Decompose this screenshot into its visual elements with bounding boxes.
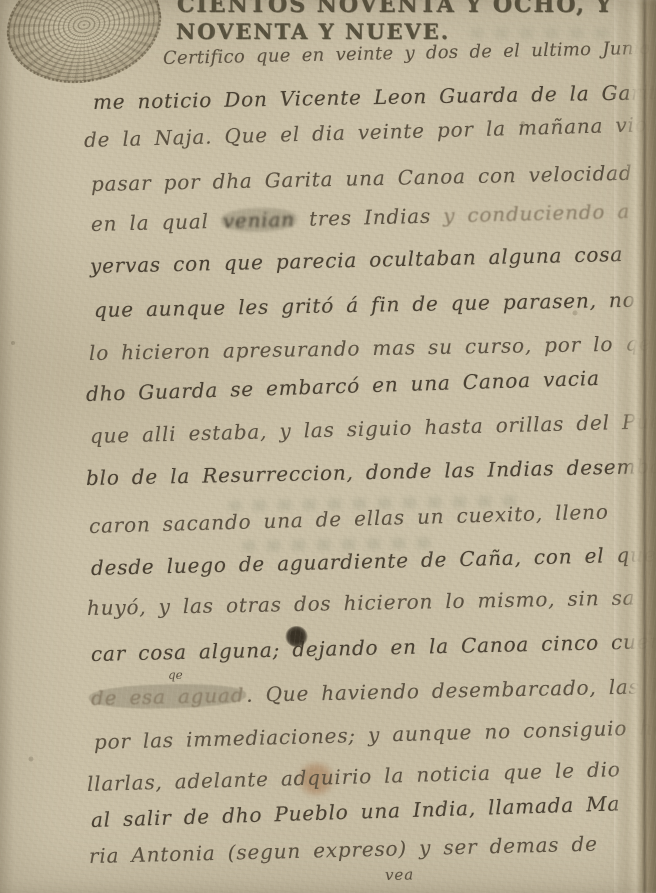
faint-phrase: y conduciendo a xyxy=(443,199,630,228)
manuscript-line: de la Naja. Que el dia veinte por la mañ… xyxy=(84,112,648,152)
manuscript-line: al salir de dho Pueblo una India, llamad… xyxy=(91,791,621,832)
interlinear-insertion: qe xyxy=(168,668,183,682)
manuscript-line: huyó, y las otras dos hicieron lo mismo,… xyxy=(87,585,636,620)
line-segment: en la qual xyxy=(91,209,221,236)
printed-header-line-2: NOVENTA Y NUEVE. xyxy=(176,19,450,44)
ink-showthrough xyxy=(470,28,620,39)
catchword: vea xyxy=(385,865,415,884)
manuscript-line: blo de la Resurreccion, donde las Indias… xyxy=(86,454,656,490)
manuscript-line: por las immediaciones; y aunque no consi… xyxy=(94,715,656,754)
manuscript-page: CIENTOS NOVENTA Y OCHO, Y NOVENTA Y NUEV… xyxy=(0,0,656,893)
manuscript-line: que aunque les gritó á fin de que parase… xyxy=(94,288,636,322)
line-segment: tres Indias xyxy=(297,203,444,231)
manuscript-line: me noticio Don Vicente Leon Guarda de la… xyxy=(93,80,656,114)
manuscript-line: dho Guarda se embarcó en una Canoa vacia xyxy=(86,366,600,406)
manuscript-line: que alli estaba, y las siguio hasta oril… xyxy=(90,409,656,448)
manuscript-line: yervas con que parecia ocultaban alguna … xyxy=(90,242,624,278)
paper-specks xyxy=(0,0,2,2)
smudged-phrase: de esa aguad xyxy=(89,683,247,710)
manuscript-line: ria Antonia (segun expreso) y ser demas … xyxy=(89,832,598,868)
manuscript-line: en la qual venian tres Indias y conducie… xyxy=(91,199,631,236)
line-segment: . Que haviendo desembarcado, las busco xyxy=(246,673,656,707)
manuscript-line: lo hicieron apresurando mas su curso, po… xyxy=(89,331,652,365)
manuscript-line: pasar por dha Garita una Canoa con veloc… xyxy=(91,161,633,196)
ink-blot xyxy=(285,626,308,647)
embossed-paper-seal-icon xyxy=(0,0,172,97)
smudged-word: venian xyxy=(221,207,298,233)
printed-header-line-1: CIENTOS NOVENTA Y OCHO, Y xyxy=(177,0,613,18)
manuscript-line: car cosa alguna; dejando en la Canoa cin… xyxy=(91,629,656,666)
manuscript-line: llarlas, adelante adquirio la noticia qu… xyxy=(87,757,621,796)
